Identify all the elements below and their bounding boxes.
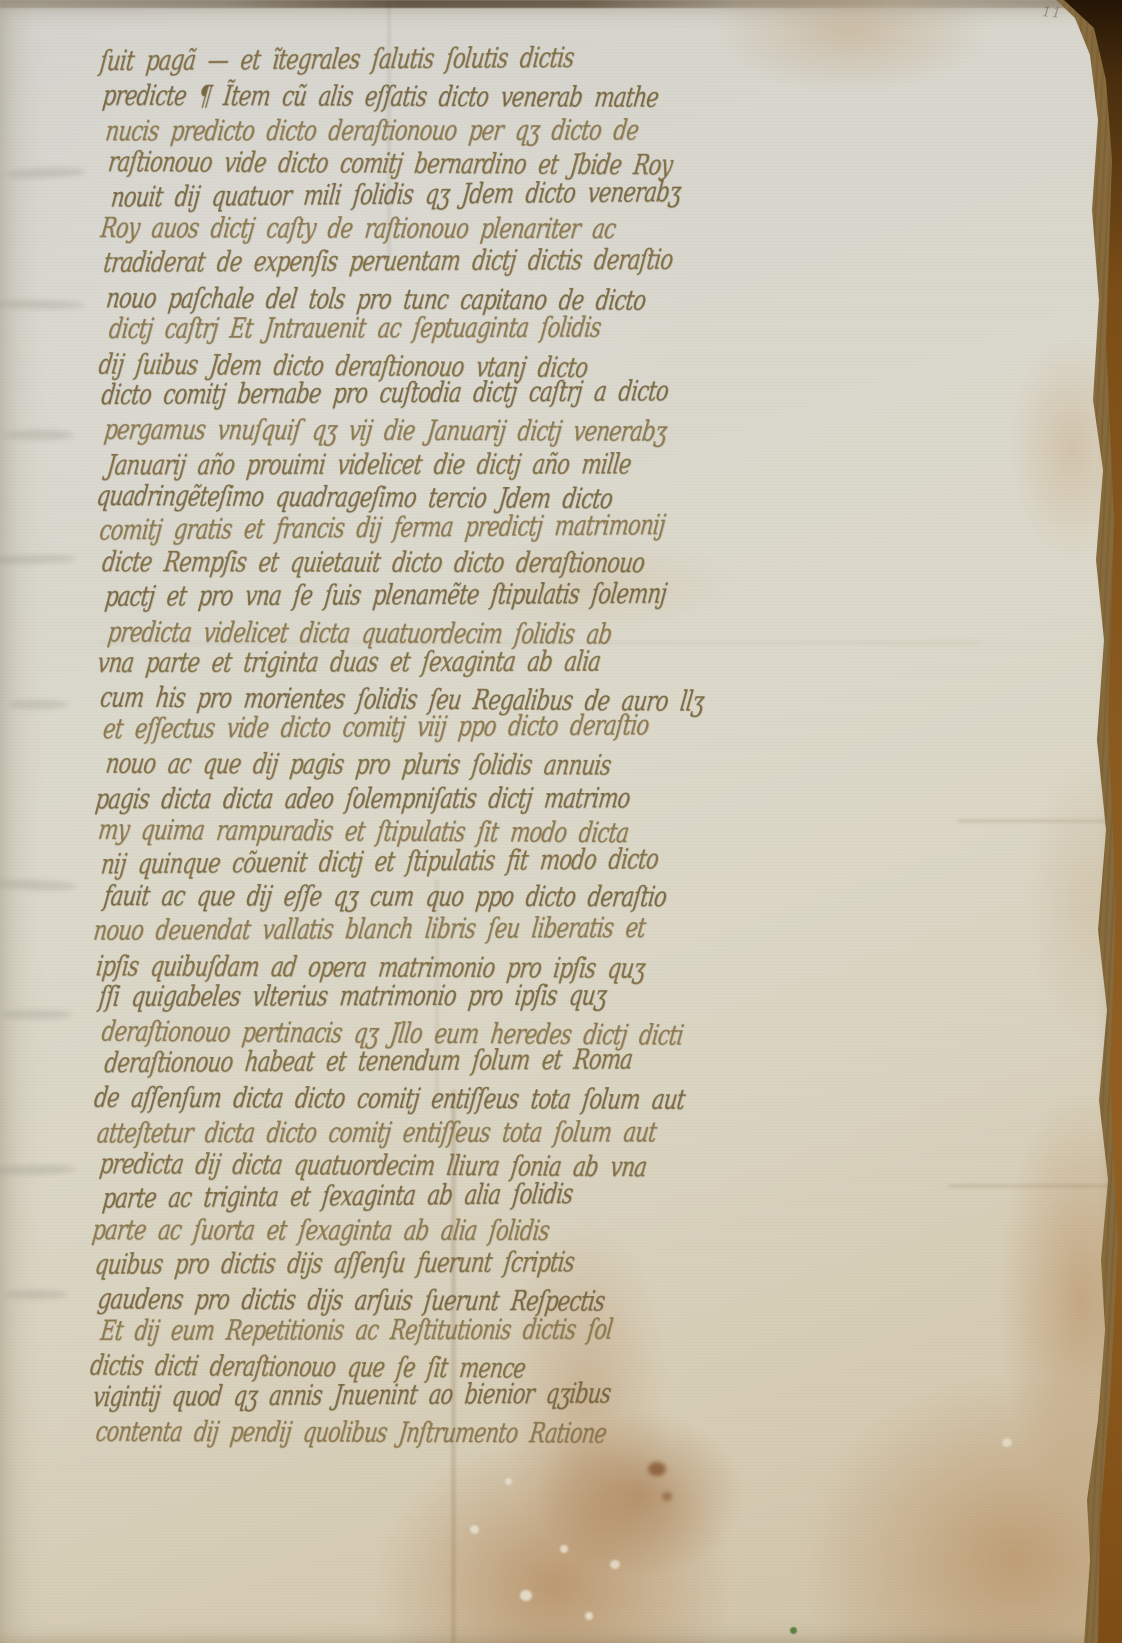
manuscript-line: contenta dij pendij quolibus Jnſtrumento…: [93, 1415, 995, 1454]
manuscript-line: dictj caſtrj Et Jntrauenit ac ſeptuagint…: [107, 310, 1027, 348]
manuscript-line: pactj et pro vna ſe ſuis plenamẽte ſtipu…: [103, 575, 1023, 616]
manuscript-line: nucis predicto dicto deraſtionouo per qʒ…: [103, 113, 1023, 150]
green-speck: [790, 1627, 797, 1634]
manuscript-line: ſuit pagã — et ĩtegrales ſalutis ſolutis…: [98, 38, 1018, 80]
manuscript-line: comitj gratis et francis dij ferma predi…: [97, 505, 1017, 550]
manuscript-line: deraſtionouo habeat et tenendum ſolum et…: [102, 1040, 1022, 1082]
manuscript-page: 11 ſuit pagã — et ĩtegrales ſalutis ſolu…: [0, 0, 1122, 1643]
manuscript-text: ſuit pagã — et ĩtegrales ſalutis ſolutis…: [0, 47, 1122, 1483]
manuscript-line: quibus pro dictis dijs aſſenſu fuerunt ſ…: [93, 1243, 1013, 1284]
manuscript-line: et eſſectus vide dicto comitj viij ppo d…: [101, 706, 1021, 748]
manuscript-line: tradiderat de expenſis peruentam dictj d…: [101, 241, 1021, 282]
manuscript-line: dicto comitj bernabe pro cuſtodia dictj …: [99, 372, 1019, 414]
manuscript-line: parte ac triginta et ſexaginta ab alia ſ…: [100, 1173, 1020, 1218]
manuscript-line: atteſtetur dicta dicto comitj entiſſeus …: [95, 1114, 1015, 1151]
manuscript-line: ſſi quigabeles vlterius matrimonio pro i…: [97, 978, 1017, 1016]
manuscript-line: Januarij año prouimi videlicet die dictj…: [105, 447, 1025, 484]
dark-blotch: [648, 1462, 666, 1476]
manuscript-line: nij quinque cõuenit dictj et ſtipulatis …: [99, 839, 1019, 884]
manuscript-line: de aſſenſum dicta dicto comitj entiſſeus…: [92, 1081, 1012, 1120]
manuscript-line: vna parte et triginta duas et ſexaginta …: [95, 644, 1015, 682]
manuscript-line: [0, 1449, 1122, 1482]
manuscript-line: pagis dicta dicta adeo ſolempniſatis dic…: [93, 780, 1013, 817]
manuscript-line: nouo deuendat vallatis blanch libris ſeu…: [91, 909, 1011, 950]
manuscript-line: Et dij eum Repetitionis ac Reſtitutionis…: [98, 1312, 1000, 1350]
manuscript-line: vigintij quod qʒ annis Jnuenint ao bieni…: [91, 1374, 993, 1416]
manuscript-photo: 11 ſuit pagã — et ĩtegrales ſalutis ſolu…: [0, 0, 1122, 1643]
page-top-edge-shadow: [0, 0, 1122, 8]
